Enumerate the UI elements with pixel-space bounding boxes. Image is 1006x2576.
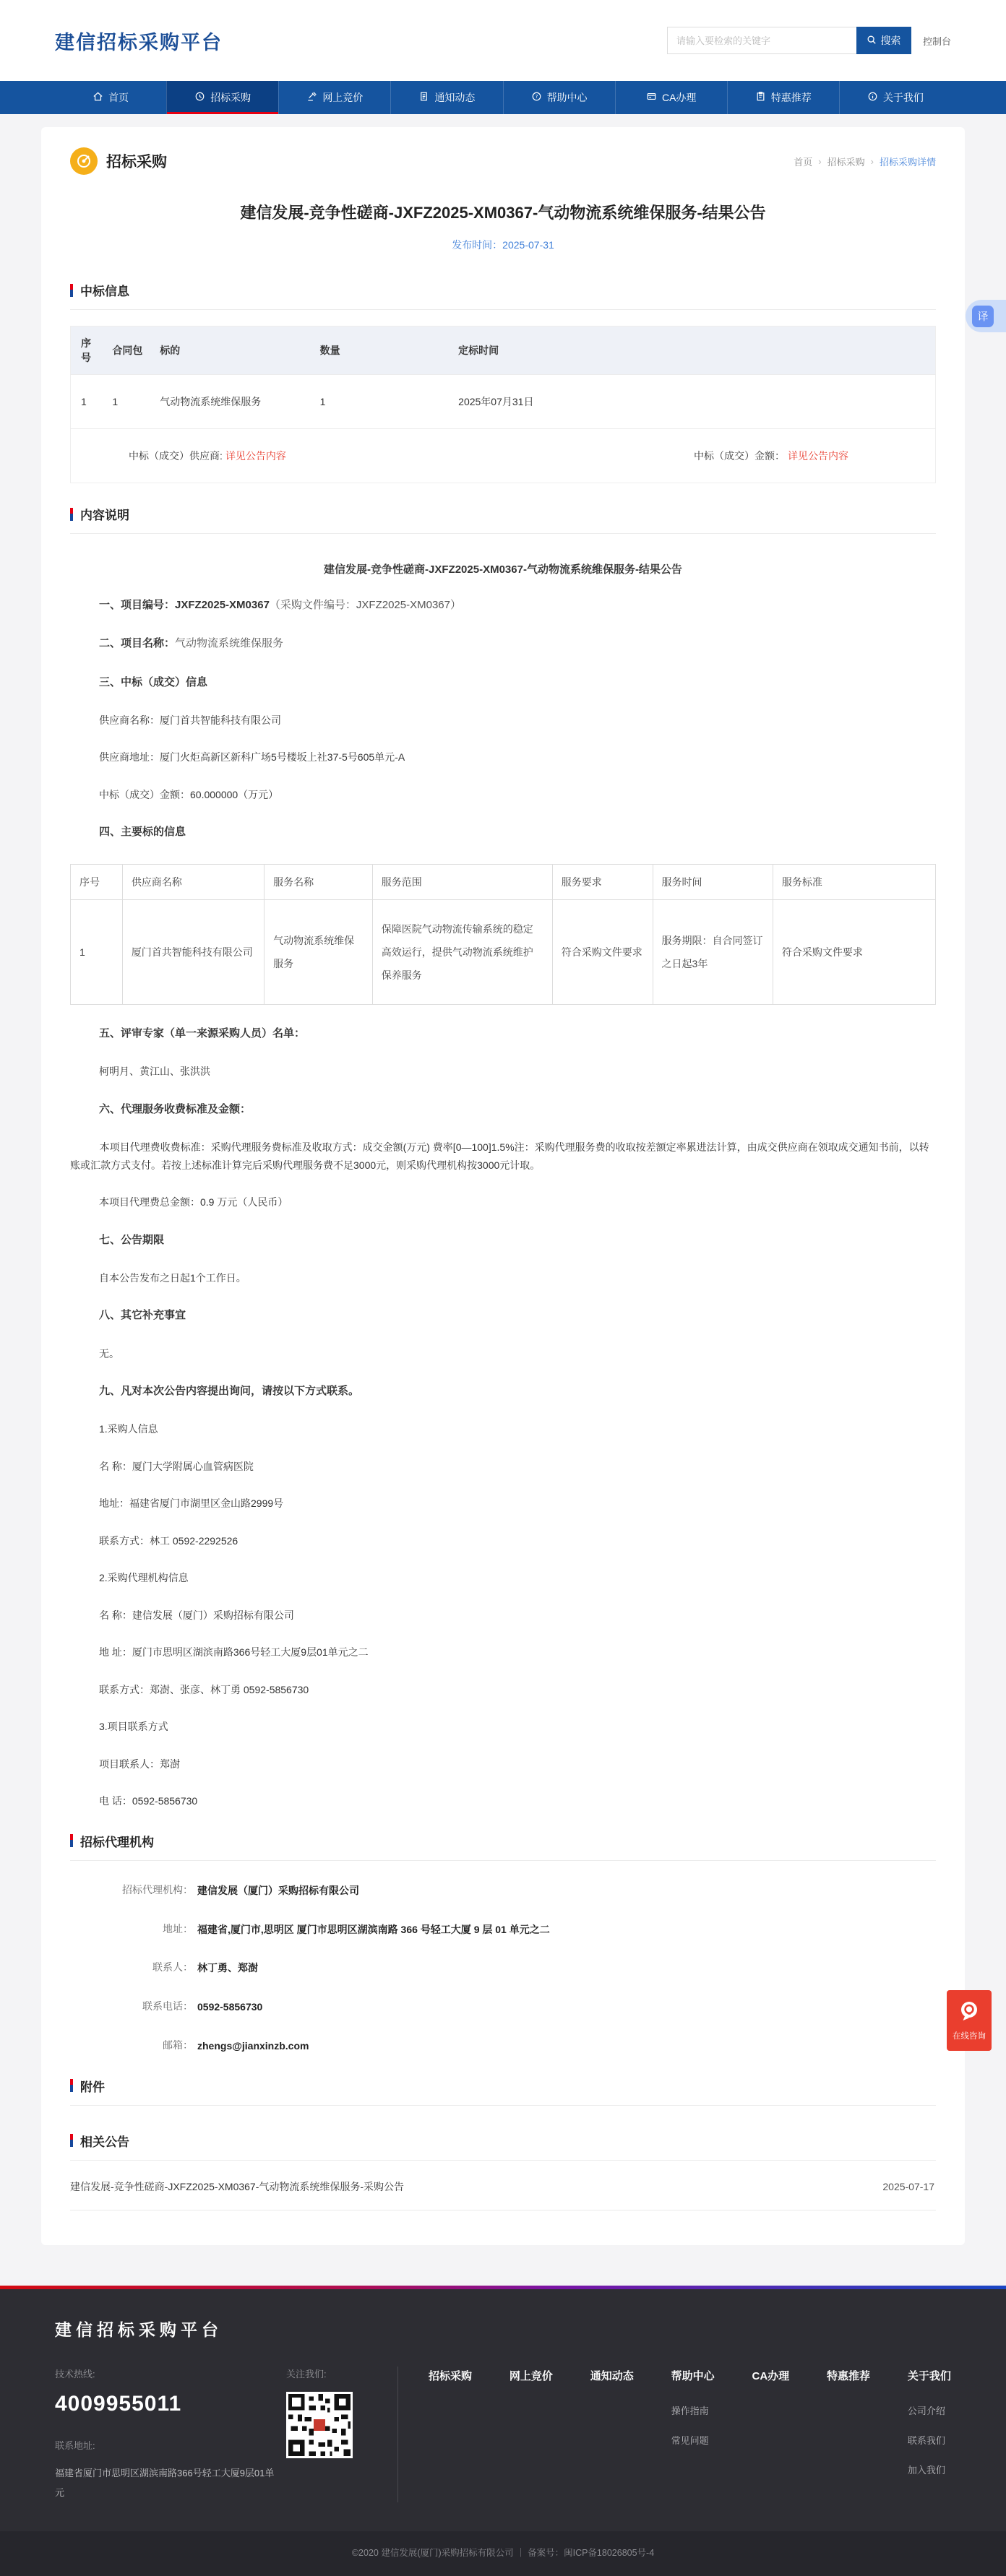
- footer-col-bidding: 招标采购: [429, 2368, 472, 2503]
- section-bar: [70, 284, 73, 297]
- doc-paragraph: 九、凡对本次公告内容提出询问，请按以下方式联系。: [99, 1382, 936, 1401]
- award-summary-row: 中标（成交）供应商:详见公告内容 中标（成交）金额：详见公告内容: [71, 429, 936, 483]
- award-row: 1 1 气动物流系统维保服务 1 2025年07月31日: [71, 375, 936, 429]
- footer-link-faq[interactable]: 常见问题: [671, 2433, 715, 2447]
- nav-item-home[interactable]: 首页: [55, 81, 166, 114]
- amount-value: 详见公告内容: [788, 450, 848, 462]
- doc-paragraph: 1.采购人信息: [99, 1420, 936, 1438]
- translate-widget[interactable]: 译: [966, 300, 1006, 332]
- doc-paragraph: 一、项目编号：JXFZ2025-XM0367（采购文件编号：JXFZ2025-X…: [99, 596, 936, 615]
- footer-col-offers: 特惠推荐: [827, 2368, 870, 2503]
- doc-paragraph: 中标（成交）金额：60.000000（万元）: [99, 786, 936, 804]
- breadcrumb: 首页 › 招标采购 › 招标采购详情: [794, 155, 936, 168]
- nav-item-about[interactable]: 关于我们: [839, 81, 951, 114]
- doc-paragraph: 自本公告发布之日起1个工作日。: [99, 1269, 936, 1287]
- subject-row: 1 厦门首共智能科技有限公司 气动物流系统维保服务 保障医院气动物流传输系统的稳…: [71, 899, 936, 1005]
- top-header: 建信招标采购平台 搜索 控制台: [0, 0, 1006, 81]
- doc-paragraph: 七、公告期限: [99, 1231, 936, 1250]
- agency-info: 招标代理机构： 建信发展（厦门）采购招标有限公司 地址： 福建省,厦门市,思明区…: [70, 1883, 936, 2055]
- home-icon: [93, 91, 103, 104]
- footer-link-guide[interactable]: 操作指南: [671, 2403, 715, 2417]
- doc-paragraph: 八、其它补充事宜: [99, 1306, 936, 1325]
- address-label: 联系地址:: [55, 2438, 286, 2452]
- footer-link-contact[interactable]: 联系我们: [908, 2433, 951, 2447]
- award-col-header: 标的: [152, 327, 312, 375]
- module-title: 招标采购: [106, 150, 167, 172]
- doc-paragraph: 四、主要标的信息: [99, 823, 936, 842]
- related-title: 建信发展-竞争性磋商-JXFZ2025-XM0367-气动物流系统维保服务-采购…: [70, 2179, 404, 2194]
- award-col-header: 合同包: [105, 327, 152, 375]
- doc-paragraph: 3.项目联系方式: [99, 1718, 936, 1736]
- qr-code-image: [286, 2392, 380, 2458]
- supplier-value: 详见公告内容: [225, 450, 286, 462]
- related-announcement-link[interactable]: 建信发展-竞争性磋商-JXFZ2025-XM0367-气动物流系统维保服务-采购…: [70, 2161, 936, 2210]
- supplier-label: 中标（成交）供应商:: [129, 450, 223, 462]
- agency-row: 地址： 福建省,厦门市,思明区 厦门市思明区湖滨南路 366 号轻工大厦 9 层…: [70, 1922, 936, 1939]
- chat-label: 在线咨询: [953, 2030, 986, 2041]
- nav-item-special-offers[interactable]: 特惠推荐: [727, 81, 839, 114]
- footer-col-help: 帮助中心 操作指南 常见问题: [671, 2368, 715, 2503]
- footer-col-about: 关于我们 公司介绍 联系我们 加入我们: [908, 2368, 951, 2503]
- award-table: 序号 合同包 标的 数量 定标时间 1 1 气动物流系统维保服务 1 2025年…: [70, 326, 936, 483]
- footer-col-ca: CA办理: [752, 2368, 790, 2503]
- translate-icon: 译: [972, 306, 994, 327]
- breadcrumb-level1[interactable]: 招标采购: [827, 155, 865, 168]
- subject-table: 序号 供应商名称 服务名称 服务范围 服务要求 服务时间 服务标准 1 厦门首共…: [70, 864, 936, 1006]
- doc-paragraph: 无。: [99, 1345, 936, 1363]
- section-attachments: 附件: [70, 2077, 936, 2106]
- search-input[interactable]: [667, 27, 856, 54]
- doc-paragraph: 本项目代理费收费标准：采购代理服务费标准及收取方式：成交金额(万元) 费率[0—…: [70, 1138, 936, 1174]
- section-related: 相关公告: [70, 2132, 936, 2161]
- footer-col-online-auction: 网上竞价: [510, 2368, 553, 2503]
- doc-paragraph: 项目联系人：郑澍: [99, 1755, 936, 1773]
- breadcrumb-current: 招标采购详情: [880, 155, 936, 168]
- nav-item-bidding[interactable]: 招标采购: [166, 81, 278, 114]
- doc-paragraph: 联系方式：郑澍、张彦、林丁勇 0592-5856730: [99, 1681, 936, 1699]
- doc-paragraph: 柯明月、黄江山、张洪洪: [99, 1063, 936, 1081]
- search-icon: [867, 35, 877, 47]
- doc-paragraph: 本项目代理费总金额：0.9 万元（人民币）: [99, 1193, 936, 1211]
- doc-paragraph: 供应商地址：厦门火炬高新区新科广场5号楼坂上社37-5号605单元-A: [99, 748, 936, 766]
- nav-item-notices[interactable]: 通知动态: [390, 81, 502, 114]
- agency-row: 联系电话： 0592-5856730: [70, 1999, 936, 2016]
- follow-us-label: 关注我们:: [286, 2367, 380, 2380]
- agency-row: 邮箱： zhengs@jianxinzb.com: [70, 2038, 936, 2055]
- doc-paragraph: 五、评审专家（单一来源采购人员）名单：: [99, 1024, 936, 1043]
- section-award: 中标信息: [70, 281, 936, 310]
- doc-paragraph: 2.采购代理机构信息: [99, 1569, 936, 1587]
- section-content: 内容说明: [70, 505, 936, 534]
- id-card-icon: [646, 91, 657, 104]
- doc-paragraph: 地址：福建省厦门市湖里区金山路2999号: [99, 1495, 936, 1513]
- breadcrumb-home[interactable]: 首页: [794, 155, 812, 168]
- console-link[interactable]: 控制台: [923, 34, 951, 48]
- chat-bubble-icon: [958, 2000, 981, 2025]
- footer-divider: [397, 2367, 398, 2503]
- main-nav: 首页 招标采购 网上竞价 通知动态 ? 帮助中心 CA办理 特惠推荐 关于我们: [0, 81, 1006, 114]
- award-col-header: 数量: [313, 327, 452, 375]
- hotline-label: 技术热线:: [55, 2367, 286, 2380]
- search-button[interactable]: 搜索: [856, 27, 911, 54]
- nav-item-help-center[interactable]: ? 帮助中心: [503, 81, 615, 114]
- footer-site-title: 建信招标采购平台: [55, 2317, 951, 2341]
- section-bar: [70, 2134, 73, 2147]
- section-bar: [70, 1834, 73, 1847]
- publish-time: 发布时间：2025-07-31: [70, 238, 936, 259]
- content-card: 招标采购 首页 › 招标采购 › 招标采购详情 建信发展-竞争性磋商-JXFZ2…: [41, 127, 965, 2245]
- announcement-body: 建信发展-竞争性磋商-JXFZ2025-XM0367-气动物流系统维保服务-结果…: [70, 561, 936, 1810]
- nav-item-online-auction[interactable]: 网上竞价: [278, 81, 390, 114]
- amount-label: 中标（成交）金额：: [694, 450, 785, 462]
- section-bar: [70, 508, 73, 521]
- footer-link-company[interactable]: 公司介绍: [908, 2403, 951, 2417]
- doc-paragraph: 电 话：0592-5856730: [99, 1792, 936, 1810]
- document-icon: [418, 91, 429, 104]
- related-date: 2025-07-17: [882, 2181, 934, 2192]
- copyright: ©2020 建信发展(厦门)采购招标有限公司 ｜ 备案号：闽ICP备180268…: [0, 2531, 1006, 2576]
- doc-paragraph: 六、代理服务收费标准及金额：: [99, 1100, 936, 1119]
- hotline-number: 4009955011: [55, 2392, 286, 2416]
- doc-paragraph: 二、项目名称：气动物流系统维保服务: [99, 634, 936, 653]
- clock-icon: [194, 91, 205, 104]
- online-chat-button[interactable]: 在线咨询: [947, 1990, 992, 2051]
- gavel-icon: [306, 91, 317, 104]
- svg-text:?: ?: [535, 93, 538, 100]
- award-col-header: 序号: [71, 327, 106, 375]
- clipboard-icon: [755, 91, 766, 104]
- nav-item-ca[interactable]: CA办理: [615, 81, 727, 114]
- agency-row: 招标代理机构： 建信发展（厦门）采购招标有限公司: [70, 1883, 936, 1900]
- breadcrumb-separator: ›: [871, 156, 874, 167]
- target-icon: [70, 147, 98, 175]
- doc-inner-title: 建信发展-竞争性磋商-JXFZ2025-XM0367-气动物流系统维保服务-结果…: [70, 561, 936, 576]
- section-bar: [70, 2079, 73, 2092]
- doc-paragraph: 名 称：厦门大学附属心血管病医院: [99, 1458, 936, 1476]
- section-agency: 招标代理机构: [70, 1832, 936, 1861]
- award-col-header: 定标时间: [451, 327, 935, 375]
- agency-row: 联系人： 林丁勇、郑澍: [70, 1960, 936, 1977]
- doc-paragraph: 联系方式：林工 0592-2292526: [99, 1532, 936, 1550]
- footer-address: 福建省厦门市思明区湖滨南路366号轻工大厦9层01单元: [55, 2463, 280, 2503]
- doc-paragraph: 地 址：厦门市思明区湖滨南路366号轻工大厦9层01单元之二: [99, 1643, 936, 1661]
- info-icon: [867, 91, 878, 104]
- doc-paragraph: 名 称：建信发展（厦门）采购招标有限公司: [99, 1607, 936, 1625]
- page-title: 建信发展-竞争性磋商-JXFZ2025-XM0367-气动物流系统维保服务-结果…: [70, 201, 936, 223]
- site-logo[interactable]: 建信招标采购平台: [55, 27, 223, 55]
- breadcrumb-separator: ›: [818, 156, 821, 167]
- doc-paragraph: 供应商名称：厦门首共智能科技有限公司: [99, 712, 936, 730]
- question-icon: ?: [531, 91, 542, 104]
- footer-link-join[interactable]: 加入我们: [908, 2463, 951, 2476]
- footer: 建信招标采购平台 技术热线: 4009955011 联系地址: 福建省厦门市思明…: [0, 2286, 1006, 2576]
- doc-paragraph: 三、中标（成交）信息: [99, 673, 936, 692]
- footer-col-notices: 通知动态: [590, 2368, 634, 2503]
